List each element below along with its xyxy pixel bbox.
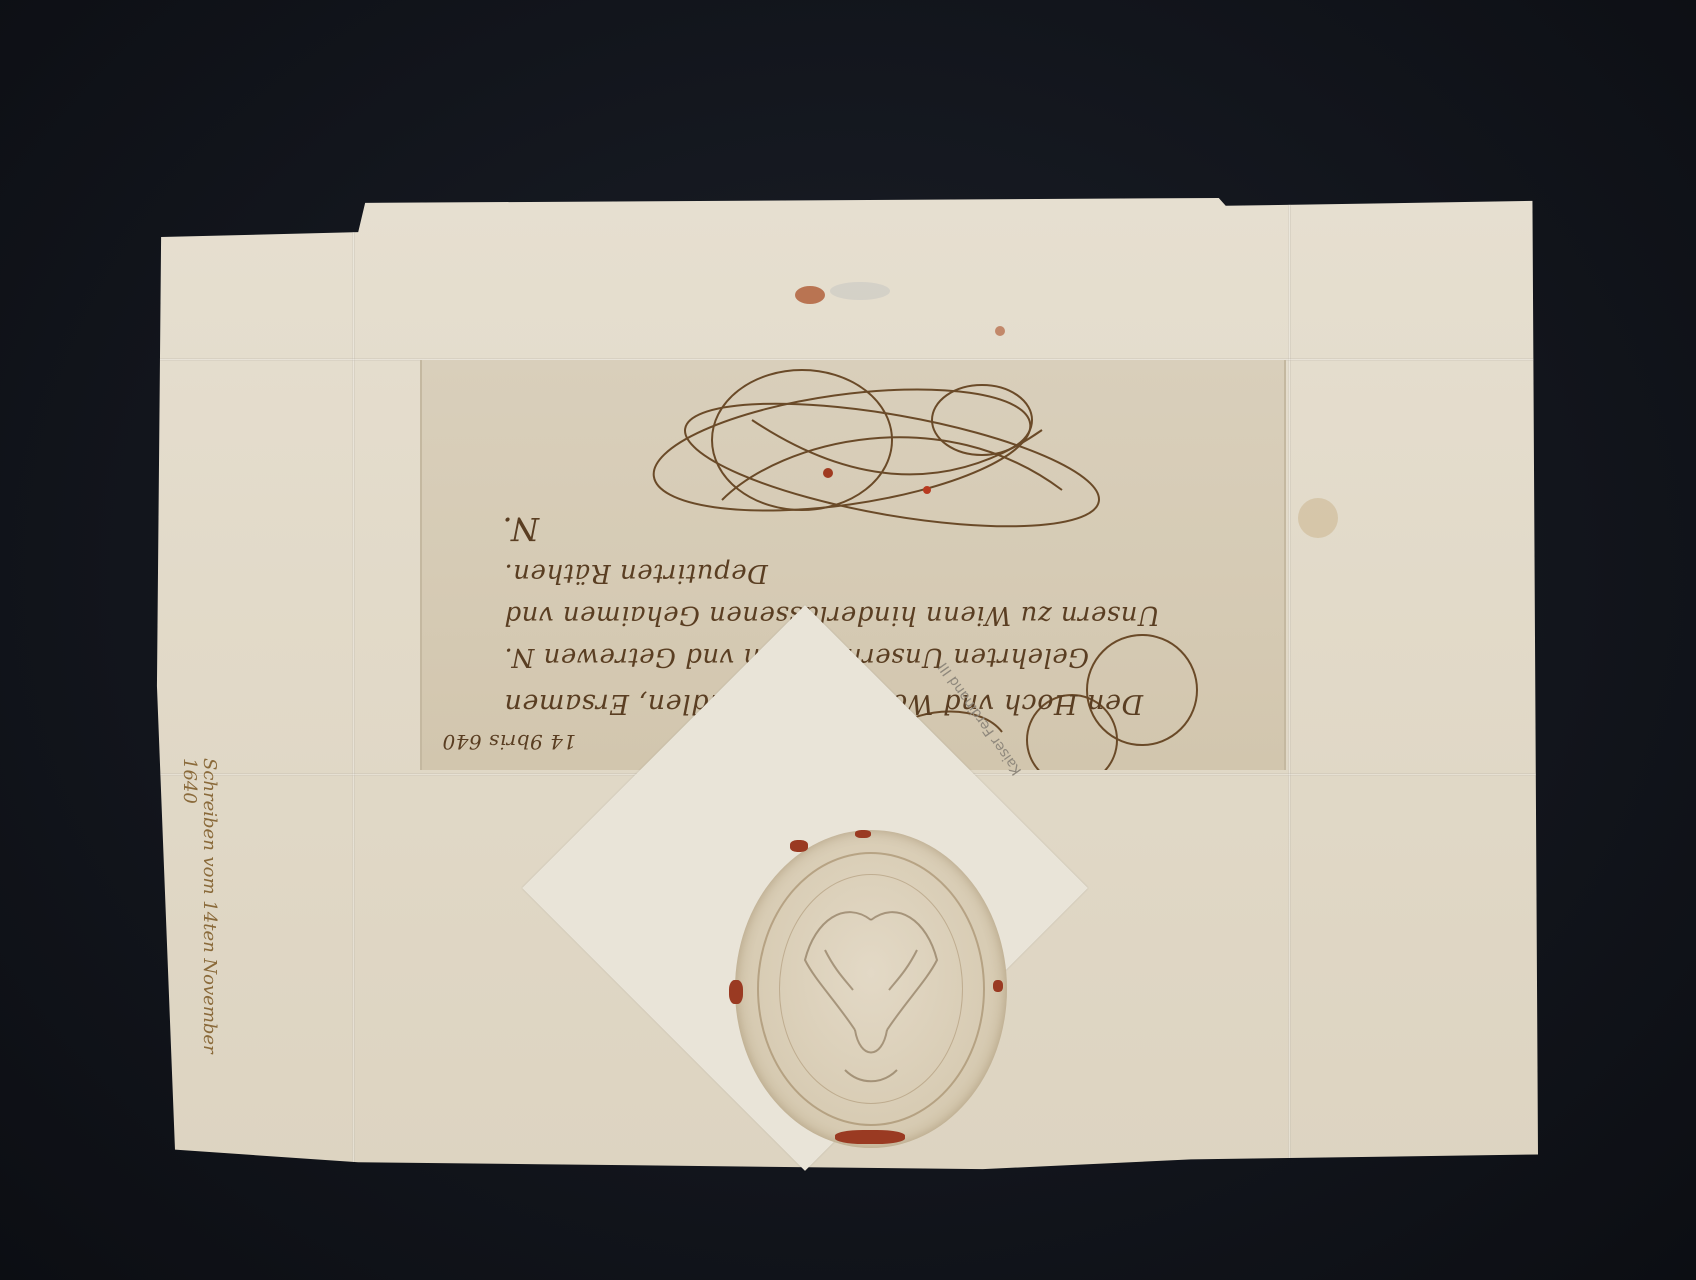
- margin-note-line-2: 1640: [179, 758, 200, 804]
- eagle-emblem-icon: [735, 830, 1007, 1148]
- address-line-3: Unsern zu Wienn hinderlassenen Gehaimen …: [504, 600, 1160, 630]
- fold-line-left: [352, 198, 355, 1174]
- wax-drip: [790, 840, 808, 852]
- margin-note-line-1: Schreiben vom 14ten November: [199, 758, 220, 1054]
- wax-speck: [995, 326, 1005, 336]
- paper-mark: [830, 282, 890, 300]
- date-note: 14 9bris 640: [442, 730, 576, 754]
- address-line-4: Deputirten Räthen.: [504, 558, 768, 588]
- wax-seal: [735, 830, 1007, 1148]
- fold-line-right: [1288, 198, 1291, 1174]
- wax-drip: [729, 980, 743, 1004]
- address-mark: N.: [502, 510, 539, 548]
- wax-stain: [795, 286, 825, 304]
- wax-drip: [993, 980, 1003, 992]
- water-stain: [1298, 498, 1338, 538]
- wax-drip: [835, 1130, 905, 1144]
- wax-drip: [855, 830, 871, 838]
